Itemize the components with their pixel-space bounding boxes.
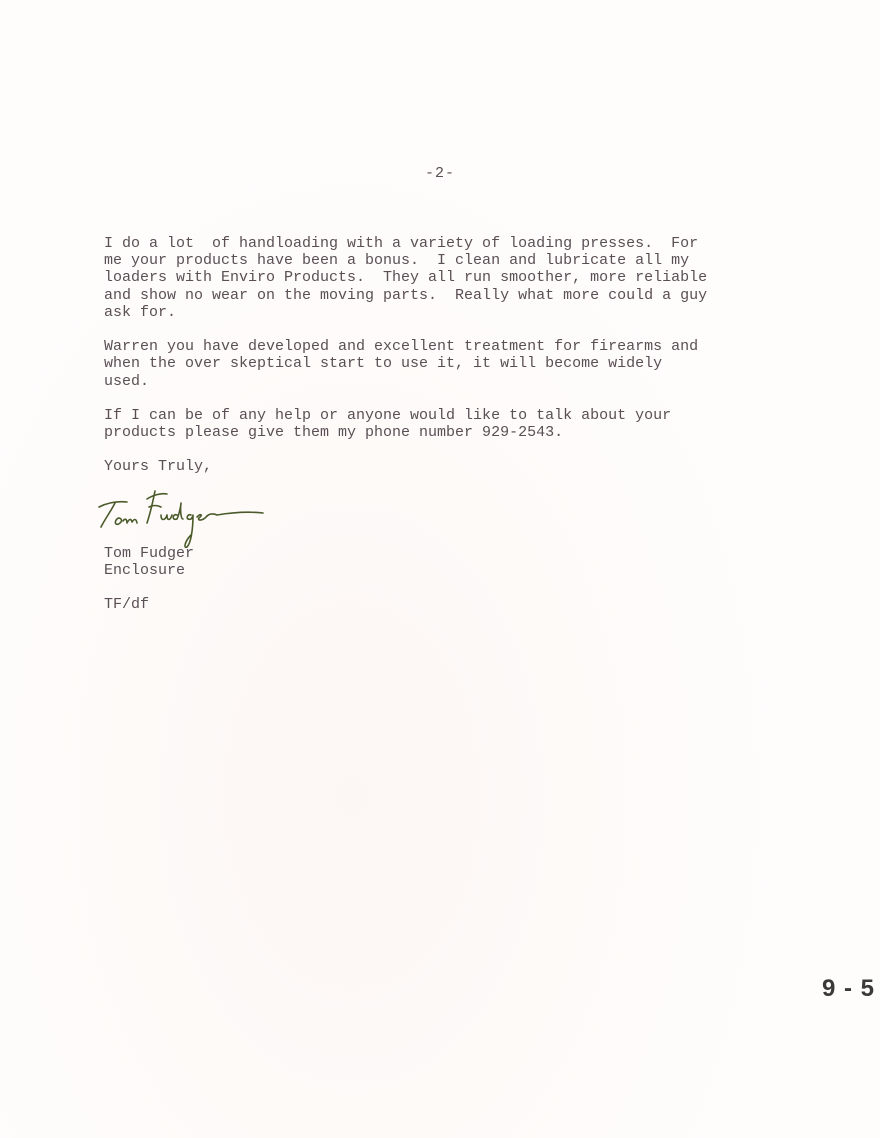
signer-name: Tom Fudger xyxy=(104,545,194,562)
line: I do a lot of handloading with a variety… xyxy=(104,235,698,252)
line: used. xyxy=(104,373,149,390)
signer-block: Tom Fudger Enclosure xyxy=(104,545,194,579)
letter-page: -2- I do a lot of handloading with a var… xyxy=(0,0,880,1138)
enclosure-note: Enclosure xyxy=(104,562,194,579)
line: and show no wear on the moving parts. Re… xyxy=(104,287,707,304)
typist-initials: TF/df xyxy=(104,596,149,613)
line: ask for. xyxy=(104,304,176,321)
letter-body: I do a lot of handloading with a variety… xyxy=(104,235,794,459)
line: when the over skeptical start to use it,… xyxy=(104,355,662,372)
paragraph-handloading: I do a lot of handloading with a variety… xyxy=(104,235,794,321)
line: If I can be of any help or anyone would … xyxy=(104,407,671,424)
line: Warren you have developed and excellent … xyxy=(104,338,698,355)
exhibit-number: 9 - 5 xyxy=(822,975,875,1003)
paragraph-warren: Warren you have developed and excellent … xyxy=(104,338,794,390)
paragraph-help: If I can be of any help or anyone would … xyxy=(104,407,794,441)
page-number: -2- xyxy=(0,165,880,182)
closing: Yours Truly, xyxy=(104,458,212,475)
line: loaders with Enviro Products. They all r… xyxy=(104,269,707,286)
line: products please give them my phone numbe… xyxy=(104,424,563,441)
line: me your products have been a bonus. I cl… xyxy=(104,252,689,269)
